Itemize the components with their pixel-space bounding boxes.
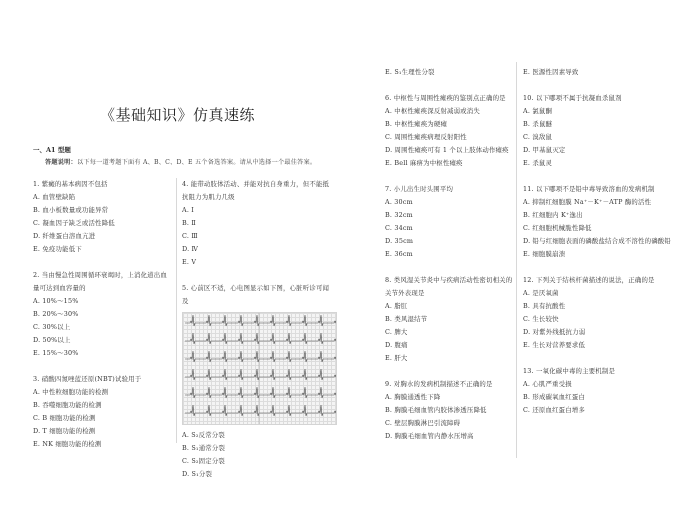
instructions: 答题说明：以下每一道考题下面有 A、B、C、D、E 五个备选答案。请从中选择一个… — [33, 156, 333, 169]
answer-option: D. 周围性瘫痪可有 1 个以上肢体动作瘫痪 — [385, 144, 513, 157]
spacer — [523, 170, 663, 183]
answer-option: B. 吞噬细胞功能的检测 — [33, 399, 171, 412]
answer-option: C. 凝血因子缺乏或活性降低 — [33, 217, 171, 230]
answer-option: C. S₂固定分裂 — [182, 455, 332, 468]
question-stem: 5. 心前区不适，心电图显示如下图，心脏听诊可闻及 — [182, 282, 332, 308]
answer-option: E. 免疫功能低下 — [33, 243, 171, 256]
question-block: E. S₁生理性分裂 — [385, 66, 513, 79]
answer-option: C. 壁层胸膜淋巴引流障碍 — [385, 417, 513, 430]
answer-option: C. B 细胞功能的检测 — [33, 412, 171, 425]
answer-option: E. NK 细胞功能的检测 — [33, 438, 171, 451]
answer-option: E. Ⅴ — [182, 256, 332, 269]
answer-option: C. 周围性瘫痪病理反射阳性 — [385, 131, 513, 144]
question-column-1: 1. 紫癜的基本病因不包括A. 血管壁缺陷B. 血小板数量或功能异常C. 凝血因… — [33, 178, 171, 451]
question-stem: 8. 类风湿关节炎中与疾病活动性密切相关的关节外表现是 — [385, 274, 513, 300]
question-block: 7. 小儿出生时头围平均A. 30cmB. 32cmC. 34cmD. 35cm… — [385, 183, 513, 261]
answer-option: D. 35cm — [385, 235, 513, 248]
answer-option: D. Ⅳ — [182, 243, 332, 256]
answer-option: C. 生长较快 — [523, 313, 663, 326]
answer-option: E. 细胞膜崩溃 — [523, 248, 663, 261]
question-block: 8. 类风湿关节炎中与疾病活动性密切相关的关节外表现是A. 脂肛B. 类风湿结节… — [385, 274, 513, 365]
answer-option: C. 34cm — [385, 222, 513, 235]
question-column-4: E. 医源性因素导致10. 以下哪项不属于抗凝血杀鼠剂A. 氯鼠酮B. 杀鼠醚C… — [523, 66, 663, 417]
answer-option: A. 10%～15% — [33, 295, 171, 308]
question-stem: 6. 中枢性与周围性瘫痪的鉴别点正确的是 — [385, 92, 513, 105]
question-stem: 13. 一氧化碳中毒的主要机制是 — [523, 365, 663, 378]
section-heading: 一、A1 型题 — [33, 145, 71, 154]
question-block: 5. 心前区不适，心电图显示如下图，心脏听诊可闻及A. S₂反常分裂B. S₁通… — [182, 282, 332, 481]
ecg-figure — [182, 312, 337, 425]
question-stem: 3. 硝酸四氮唑蓝还原(NBT)试验用于 — [33, 373, 171, 386]
answer-option: A. 胸膜通透性下降 — [385, 391, 513, 404]
answer-option: C. 脾大 — [385, 326, 513, 339]
question-stem: 7. 小儿出生时头围平均 — [385, 183, 513, 196]
answer-option: D. 对紫外线抵抗力弱 — [523, 326, 663, 339]
answer-option: E. Bell 麻痹为中枢性瘫痪 — [385, 157, 513, 170]
question-block: 1. 紫癜的基本病因不包括A. 血管壁缺陷B. 血小板数量或功能异常C. 凝血因… — [33, 178, 171, 256]
answer-option: A. Ⅰ — [182, 204, 332, 217]
answer-option: B. 32cm — [385, 209, 513, 222]
answer-option: B. 形成碳氧血红蛋白 — [523, 391, 663, 404]
answer-option: B. 中枢性瘫痪为硬瘫 — [385, 118, 513, 131]
document-title: 《基础知识》仿真速练 — [100, 104, 255, 125]
answer-option: B. S₁通常分裂 — [182, 442, 332, 455]
spacer — [385, 261, 513, 274]
answer-option: E. S₁生理性分裂 — [385, 66, 513, 79]
answer-option: A. 脂肛 — [385, 300, 513, 313]
answer-option: A. S₂反常分裂 — [182, 429, 332, 442]
answer-option: B. 胸膜毛细血管内胶体渗透压降低 — [385, 404, 513, 417]
question-block: 10. 以下哪项不属于抗凝血杀鼠剂A. 氯鼠酮B. 杀鼠醚C. 溴敌鼠D. 甲基… — [523, 92, 663, 170]
answer-option: D. 甲基鼠灭定 — [523, 144, 663, 157]
answer-option: E. 15%～30% — [33, 347, 171, 360]
answer-option: B. 红细胞内 K⁺逸出 — [523, 209, 663, 222]
question-stem: 10. 以下哪项不属于抗凝血杀鼠剂 — [523, 92, 663, 105]
answer-option: D. 纤维蛋白溶血亢进 — [33, 230, 171, 243]
answer-option: A. 30cm — [385, 196, 513, 209]
question-block: 13. 一氧化碳中毒的主要机制是A. 心肌严重受损B. 形成碳氧血红蛋白C. 还… — [523, 365, 663, 417]
spacer — [385, 170, 513, 183]
question-block: 3. 硝酸四氮唑蓝还原(NBT)试验用于A. 中性粒细胞功能的检测B. 吞噬细胞… — [33, 373, 171, 451]
answer-option: C. 30%以上 — [33, 321, 171, 334]
question-column-3: E. S₁生理性分裂6. 中枢性与周围性瘫痪的鉴别点正确的是A. 中枢性瘫痪深反… — [385, 66, 513, 443]
answer-option: B. 类风湿结节 — [385, 313, 513, 326]
answer-option: A. 是厌氧菌 — [523, 287, 663, 300]
answer-option: C. 溴敌鼠 — [523, 131, 663, 144]
question-column-2: 4. 能带动肢体活动、并能对抗自身重力，但不能抵抗阻力为肌力几级A. ⅠB. Ⅱ… — [182, 178, 332, 481]
question-stem: 2. 当由慢急性周围循环衰竭时，上消化道出血量可达到血容量的 — [33, 269, 171, 295]
answer-option: E. 医源性因素导致 — [523, 66, 663, 79]
answer-option: D. 胸膜毛细血管内静水压增高 — [385, 430, 513, 443]
question-block: 6. 中枢性与周围性瘫痪的鉴别点正确的是A. 中枢性瘫痪深反射减弱或消失B. 中… — [385, 92, 513, 170]
answer-option: E. 生长对营养要求低 — [523, 339, 663, 352]
answer-option: C. Ⅲ — [182, 230, 332, 243]
answer-option: B. 血小板数量或功能异常 — [33, 204, 171, 217]
question-block: 2. 当由慢急性周围循环衰竭时，上消化道出血量可达到血容量的A. 10%～15%… — [33, 269, 171, 360]
question-block: 9. 对胸水的发病机制描述不正确的是A. 胸膜通透性下降B. 胸膜毛细血管内胶体… — [385, 378, 513, 443]
question-block: 4. 能带动肢体活动、并能对抗自身重力，但不能抵抗阻力为肌力几级A. ⅠB. Ⅱ… — [182, 178, 332, 269]
instructions-text: 以下每一道考题下面有 A、B、C、D、E 五个备选答案。请从中选择一个最佳答案。 — [77, 159, 316, 166]
answer-option: B. Ⅱ — [182, 217, 332, 230]
question-block: 11. 以下哪项不是铅中毒导致溶血的发病机制A. 抑制红细胞膜 Na⁺－K⁺－A… — [523, 183, 663, 261]
spacer — [385, 79, 513, 92]
answer-option: A. 抑制红细胞膜 Na⁺－K⁺－ATP 酶的活性 — [523, 196, 663, 209]
instructions-label: 答题说明： — [45, 159, 77, 166]
question-block: E. 医源性因素导致 — [523, 66, 663, 79]
answer-option: D. 50%以上 — [33, 334, 171, 347]
question-stem: 12. 下列关于结核杆菌描述的说法，正确的是 — [523, 274, 663, 287]
answer-option: D. 腹痛 — [385, 339, 513, 352]
ecg-trace — [183, 313, 336, 424]
answer-option: E. 杀鼠灵 — [523, 157, 663, 170]
column-divider — [176, 178, 177, 443]
answer-option: B. 杀鼠醚 — [523, 118, 663, 131]
spacer — [33, 256, 171, 269]
question-stem: 4. 能带动肢体活动、并能对抗自身重力，但不能抵抗阻力为肌力几级 — [182, 178, 332, 204]
answer-option: A. 氯鼠酮 — [523, 105, 663, 118]
spacer — [33, 360, 171, 373]
answer-option: D. 铅与红细胞表面的磷酸盐结合成不溶性的磷酸铅 — [523, 235, 663, 248]
answer-option: E. 36cm — [385, 248, 513, 261]
answer-option: B. 20%～30% — [33, 308, 171, 321]
spacer — [182, 269, 332, 282]
question-stem: 9. 对胸水的发病机制描述不正确的是 — [385, 378, 513, 391]
question-stem: 11. 以下哪项不是铅中毒导致溶血的发病机制 — [523, 183, 663, 196]
question-stem: 1. 紫癜的基本病因不包括 — [33, 178, 171, 191]
answer-option: D. S₁分裂 — [182, 468, 332, 481]
spacer — [385, 365, 513, 378]
spacer — [523, 79, 663, 92]
spacer — [523, 261, 663, 274]
answer-option: A. 中性粒细胞功能的检测 — [33, 386, 171, 399]
answer-option: A. 心肌严重受损 — [523, 378, 663, 391]
column-divider — [516, 62, 517, 458]
answer-option: A. 血管壁缺陷 — [33, 191, 171, 204]
answer-option: E. 肝大 — [385, 352, 513, 365]
answer-option: A. 中枢性瘫痪深反射减弱或消失 — [385, 105, 513, 118]
answer-option: C. 还原血红蛋白增多 — [523, 404, 663, 417]
spacer — [523, 352, 663, 365]
answer-option: B. 具有抗酸性 — [523, 300, 663, 313]
question-block: 12. 下列关于结核杆菌描述的说法，正确的是A. 是厌氧菌B. 具有抗酸性C. … — [523, 274, 663, 352]
answer-option: C. 红细胞机械脆性降低 — [523, 222, 663, 235]
answer-option: D. T 细胞功能的检测 — [33, 425, 171, 438]
